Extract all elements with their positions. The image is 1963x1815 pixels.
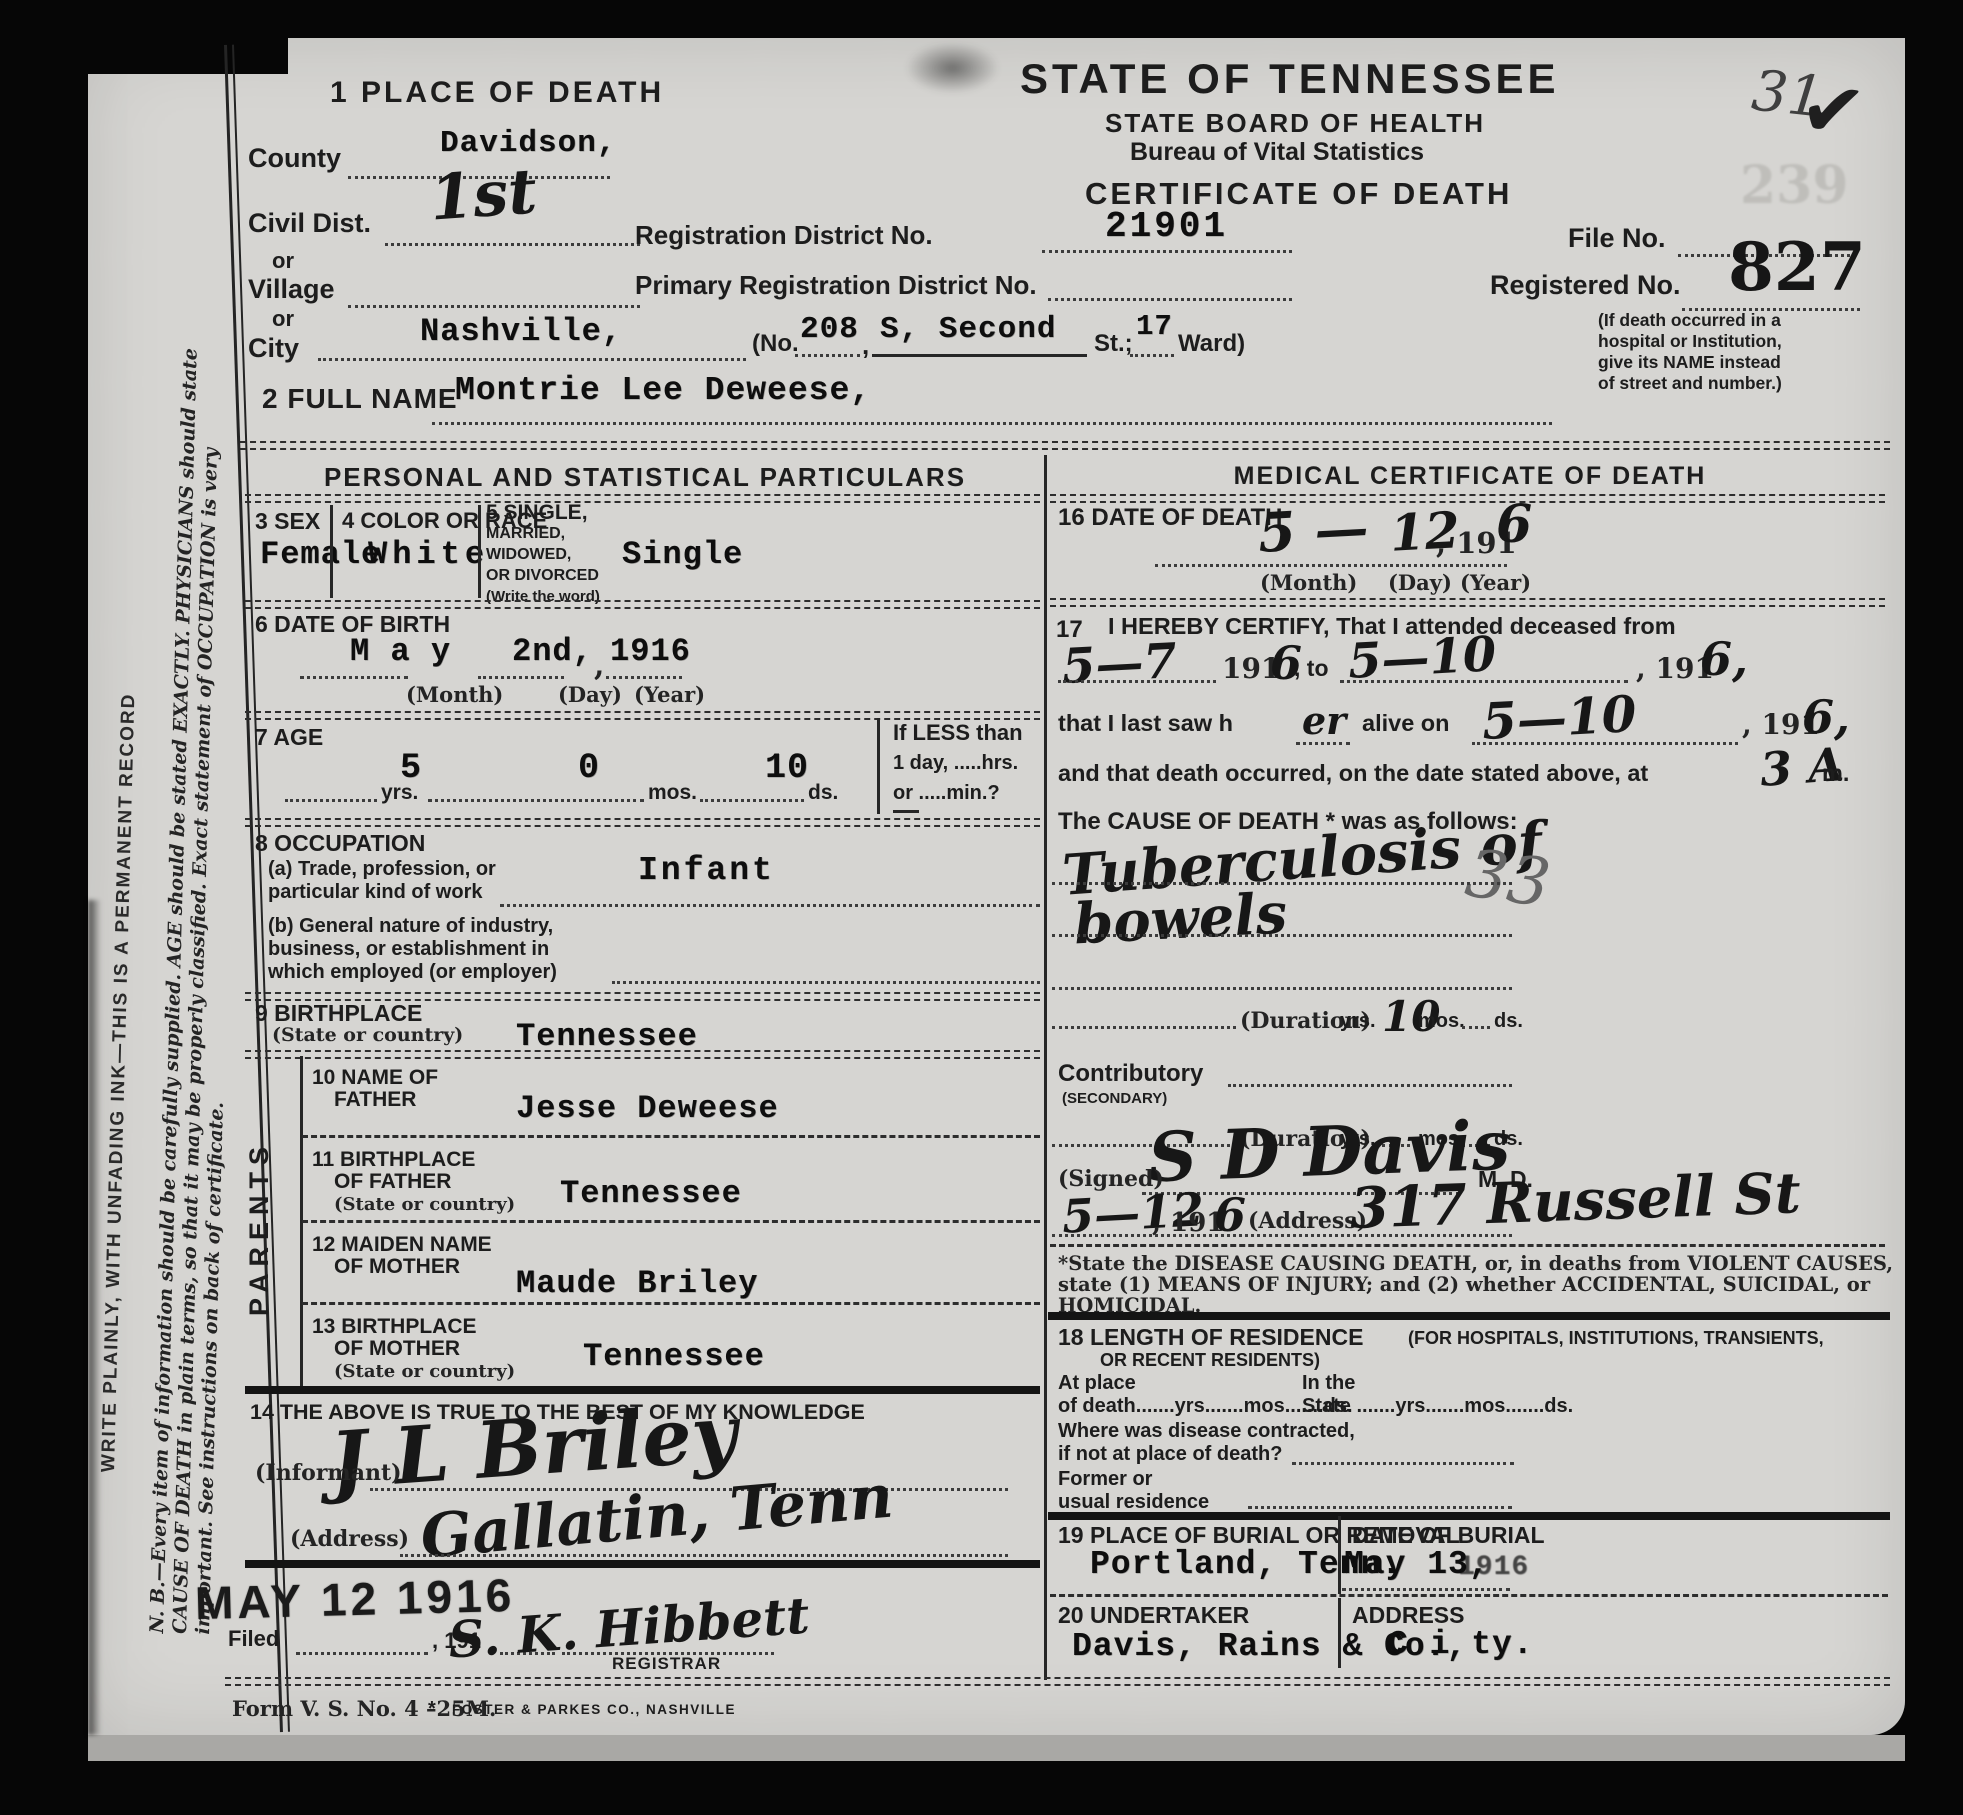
scan-edge-shadow bbox=[88, 900, 101, 1735]
undertaker-address-label: ADDRESS bbox=[1352, 1602, 1464, 1629]
dob-month-value: M a y bbox=[350, 633, 451, 670]
registrar-label: REGISTRAR bbox=[612, 1654, 721, 1674]
lessthan-line3: or .....min.? bbox=[893, 782, 1000, 805]
contracted-line-dots bbox=[1292, 1460, 1514, 1465]
former-line2: usual residence bbox=[1058, 1491, 1209, 1514]
civil-dist-label: Civil Dist. bbox=[248, 208, 371, 239]
last-saw-post: alive on bbox=[1362, 710, 1450, 737]
reg-district-label: Registration District No. bbox=[635, 220, 933, 251]
row10-rule bbox=[302, 1135, 1040, 1138]
father-name-label2: FATHER bbox=[334, 1088, 416, 1112]
row6-rule bbox=[245, 711, 1040, 720]
father-name-value: Jesse Deweese bbox=[516, 1090, 779, 1127]
contracted-line2: if not at place of death? bbox=[1058, 1443, 1282, 1466]
place-of-death-heading: 1 PLACE OF DEATH bbox=[330, 76, 664, 110]
row9-rule bbox=[245, 1050, 1040, 1059]
st-label: St.; bbox=[1094, 330, 1133, 358]
dob-comma: , bbox=[594, 648, 604, 683]
yrs-label: yrs. bbox=[381, 781, 418, 805]
paper-bottom-edge bbox=[88, 1735, 1905, 1761]
age-lessthan-divider bbox=[877, 718, 880, 814]
death-time-m: m. bbox=[1822, 760, 1849, 787]
header-separator bbox=[240, 441, 1890, 450]
dod-day-label: (Day) bbox=[1388, 570, 1452, 595]
occupation-value: Infant bbox=[638, 852, 775, 889]
civil-dist-line bbox=[385, 241, 640, 246]
mother-bp-sub: (State or country) bbox=[334, 1361, 515, 1382]
physician-address-label: (Address) bbox=[1248, 1208, 1367, 1234]
dod-month-label: (Month) bbox=[1260, 570, 1357, 595]
printer-credit: FOSTER & PARKES CO., NASHVILLE bbox=[452, 1702, 736, 1717]
mother-name-label2: OF MOTHER bbox=[334, 1255, 460, 1279]
occ-a-line1: (a) Trade, profession, or bbox=[268, 858, 496, 881]
burial-thick-rule bbox=[1048, 1512, 1890, 1520]
row11-rule bbox=[302, 1220, 1040, 1223]
bottom-rule bbox=[225, 1677, 1890, 1686]
lessthan-or-underline bbox=[893, 808, 919, 813]
age-mos-value: 0 bbox=[578, 748, 600, 788]
parents-label: PARENTS bbox=[244, 1060, 275, 1396]
mother-name-value: Maude Briley bbox=[516, 1265, 758, 1302]
mos-label: mos. bbox=[648, 781, 697, 805]
occ-a-line bbox=[500, 902, 1040, 907]
city-value: Nashville, bbox=[420, 313, 622, 350]
house-no-value: 208 bbox=[800, 312, 859, 347]
cause-line2-script: bowels bbox=[1072, 880, 1288, 957]
address-comma: , bbox=[862, 330, 869, 361]
marital-label-line1: 5 SINGLE, bbox=[486, 502, 616, 523]
dob-day-line bbox=[478, 674, 564, 679]
city-label: City bbox=[248, 333, 299, 364]
dod-year-label: (Year) bbox=[1460, 570, 1531, 595]
footnote-line2: state (1) MEANS OF INJURY; and (2) wheth… bbox=[1058, 1273, 1870, 1296]
full-name-label: 2 FULL NAME bbox=[262, 383, 458, 415]
in-the-label: In the bbox=[1302, 1372, 1355, 1395]
death-certificate-scan: WRITE PLAINLY, WITH UNFADING INK—THIS IS… bbox=[0, 0, 1963, 1815]
row7-rule bbox=[245, 818, 1040, 827]
printer-star: * bbox=[428, 1698, 436, 1721]
occ-b-line3: which employed (or employer) bbox=[268, 961, 557, 984]
residence-label3: OR RECENT RESIDENTS) bbox=[1100, 1350, 1320, 1371]
contributory-line bbox=[1228, 1082, 1512, 1087]
marital-label-line2: MARRIED, bbox=[486, 523, 616, 544]
duration-yrs-label: yrs. bbox=[1340, 1010, 1376, 1033]
birthplace-label: 9 BIRTHPLACE bbox=[255, 1000, 422, 1027]
color-value: White bbox=[368, 536, 489, 573]
last-saw-fill: er bbox=[1302, 698, 1346, 743]
at-place-label: At place bbox=[1058, 1372, 1136, 1395]
last-saw-pre: that I last saw h bbox=[1058, 710, 1233, 737]
row12-rule bbox=[302, 1302, 1040, 1305]
reg-district-value: 21901 bbox=[1105, 206, 1228, 247]
burial-date-line bbox=[1342, 1586, 1510, 1591]
burial-year-value: 1916 bbox=[1458, 1552, 1529, 1583]
footnote-line1: *State the DISEASE CAUSING DEATH, or, in… bbox=[1058, 1252, 1893, 1275]
file-no-label: File No. bbox=[1568, 223, 1666, 254]
attended-to-line bbox=[1340, 678, 1628, 683]
medical-title-rule bbox=[1050, 494, 1885, 503]
or-label-1: or bbox=[272, 248, 294, 274]
bureau-heading: Bureau of Vital Statistics bbox=[1130, 138, 1424, 167]
full-name-line bbox=[432, 420, 1552, 425]
or-label-2: or bbox=[272, 306, 294, 332]
hospital-note-line2: hospital or Institution, bbox=[1598, 331, 1888, 352]
undertaker-address-value: C i ty. bbox=[1388, 1626, 1534, 1663]
former-line1: Former or bbox=[1058, 1468, 1152, 1491]
residence-label: 18 LENGTH OF RESIDENCE bbox=[1058, 1324, 1363, 1351]
secondary-label: (SECONDARY) bbox=[1062, 1090, 1167, 1107]
scan-corner-notch bbox=[88, 38, 288, 74]
former-line-dots bbox=[1248, 1504, 1512, 1509]
registered-no-label: Registered No. bbox=[1490, 270, 1681, 301]
father-bp-sub: (State or country) bbox=[334, 1194, 515, 1215]
dod-month-script: 5 — bbox=[1256, 495, 1370, 565]
occ-b-line2: business, or establishment in bbox=[268, 938, 549, 961]
informant-address-label: (Address) bbox=[290, 1526, 409, 1552]
dob-day-value: 2nd, bbox=[512, 633, 593, 670]
ward-label: Ward) bbox=[1178, 330, 1245, 358]
dob-year-line bbox=[606, 674, 682, 679]
marital-label-block: 5 SINGLE, MARRIED, WIDOWED, OR DIVORCED … bbox=[486, 502, 616, 607]
occupation-label: 8 OCCUPATION bbox=[255, 830, 425, 857]
dob-year-value: 1916 bbox=[610, 633, 691, 670]
street-value: S, Second bbox=[880, 312, 1056, 347]
city-line bbox=[318, 356, 746, 361]
father-bp-value: Tennessee bbox=[560, 1175, 742, 1212]
month-label: (Month) bbox=[406, 682, 503, 707]
attended-to-year: 6, bbox=[1700, 632, 1748, 686]
row14-thick-rule bbox=[245, 1560, 1040, 1568]
duration-lead-line bbox=[1052, 1024, 1236, 1029]
county-label: County bbox=[248, 143, 341, 174]
last-saw-line bbox=[1472, 740, 1738, 745]
year-label: (Year) bbox=[634, 682, 705, 707]
primary-reg-line bbox=[1048, 296, 1292, 301]
attended-from-script: 5—7 bbox=[1061, 633, 1179, 695]
occ-b-line1: (b) General nature of industry, bbox=[268, 915, 553, 938]
contracted-line1: Where was disease contracted, bbox=[1058, 1420, 1355, 1443]
house-no-line bbox=[795, 352, 860, 357]
death-occurred-line: and that death occurred, on the date sta… bbox=[1058, 760, 1648, 787]
last-saw-fill-line bbox=[1296, 740, 1350, 745]
informant-address-line bbox=[400, 1552, 1008, 1557]
attended-from-line bbox=[1058, 678, 1216, 683]
column-divider bbox=[1044, 455, 1047, 1680]
cause-line2-rule bbox=[1052, 932, 1512, 937]
age-label: 7 AGE bbox=[255, 724, 323, 751]
mother-bp-label2: OF MOTHER bbox=[334, 1337, 460, 1361]
pencil-cause-code: 33 bbox=[1461, 835, 1555, 923]
mother-bp-label1: 13 BIRTHPLACE bbox=[312, 1315, 477, 1339]
age-yrs-line bbox=[285, 797, 377, 802]
burial-date-label: DATE OF BURIAL bbox=[1352, 1522, 1545, 1549]
sex-label: 3 SEX bbox=[255, 508, 320, 535]
contributory-label: Contributory bbox=[1058, 1060, 1203, 1088]
faint-stamp-239: 239 bbox=[1740, 155, 1849, 216]
row5-rule bbox=[245, 600, 1040, 609]
civil-dist-value: 1st bbox=[428, 154, 540, 234]
address-line bbox=[1052, 1232, 1512, 1237]
personal-title-rule bbox=[245, 494, 1040, 503]
street-line bbox=[872, 352, 1087, 357]
village-line bbox=[348, 303, 640, 308]
filed-line bbox=[296, 1650, 428, 1655]
father-name-label1: 10 NAME OF bbox=[312, 1066, 438, 1090]
row13-thick-rule bbox=[245, 1386, 1040, 1394]
age-ds-value: 10 bbox=[765, 748, 809, 788]
full-name-value: Montrie Lee Deweese, bbox=[455, 372, 871, 409]
undertaker-label: 20 UNDERTAKER bbox=[1058, 1602, 1249, 1629]
mother-bp-value: Tennessee bbox=[583, 1338, 765, 1375]
pencil-checkmark: ✔ bbox=[1795, 63, 1869, 159]
lessthan-line2: 1 day, .....hrs. bbox=[893, 752, 1018, 775]
mother-name-label1: 12 MAIDEN NAME bbox=[312, 1233, 492, 1257]
ward-line bbox=[1130, 352, 1174, 357]
sex-value: Female bbox=[260, 536, 381, 573]
father-bp-label1: 11 BIRTHPLACE bbox=[312, 1148, 475, 1172]
board-heading: STATE BOARD OF HEALTH bbox=[1105, 108, 1485, 139]
color-marital-divider bbox=[478, 505, 481, 598]
marital-label-line4: OR DIVORCED bbox=[486, 565, 616, 586]
cause-line3-rule bbox=[1052, 985, 1512, 990]
footnote-rule bbox=[1050, 1244, 1885, 1247]
hospital-note-line4: of street and number.) bbox=[1598, 373, 1888, 394]
marital-value: Single bbox=[622, 536, 743, 573]
dod-year-script: 6 bbox=[1496, 494, 1532, 555]
hospital-note-line1: (If death occurred in a bbox=[1598, 310, 1888, 331]
hospital-note: (If death occurred in a hospital or Inst… bbox=[1598, 310, 1888, 394]
birthplace-sub-label: (State or country) bbox=[272, 1024, 463, 1046]
medical-section-title: MEDICAL CERTIFICATE OF DEATH bbox=[1050, 462, 1890, 491]
residence-label2: (FOR HOSPITALS, INSTITUTIONS, TRANSIENTS… bbox=[1408, 1328, 1824, 1349]
residence-thick-rule bbox=[1048, 1312, 1890, 1320]
reg-district-line bbox=[1042, 248, 1292, 253]
to-label: , to bbox=[1294, 655, 1329, 682]
last-saw-year: 6, bbox=[1802, 690, 1850, 744]
registered-no-value: 827 bbox=[1728, 228, 1866, 306]
ward-value: 17 bbox=[1136, 310, 1173, 343]
dob-month-line bbox=[300, 674, 408, 679]
father-bp-label2: OF FATHER bbox=[334, 1170, 451, 1194]
filed-label: Filed bbox=[228, 1626, 279, 1652]
hospital-note-line3: give its NAME instead bbox=[1598, 352, 1888, 373]
undertaker-rule bbox=[1050, 1594, 1888, 1597]
informant-label: (Informant) bbox=[255, 1460, 402, 1486]
occ-a-line2: particular kind of work bbox=[268, 881, 482, 904]
state-heading: STATE OF TENNESSEE bbox=[1020, 55, 1560, 103]
row16-rule bbox=[1050, 598, 1885, 607]
ink-smudge bbox=[905, 42, 1000, 94]
village-label: Village bbox=[248, 274, 335, 305]
duration-ds-label: ds. bbox=[1494, 1010, 1523, 1033]
occ-b-line bbox=[612, 979, 1040, 984]
ds-label: ds. bbox=[808, 781, 838, 805]
lessthan-line1: If LESS than bbox=[893, 720, 1023, 746]
state-line: State .......yrs.......mos.......ds. bbox=[1302, 1395, 1573, 1418]
day-label: (Day) bbox=[558, 682, 622, 707]
duration-mos-label: mos. bbox=[1418, 1010, 1465, 1033]
age-mos-line bbox=[428, 797, 644, 802]
address-no-label: (No. bbox=[752, 330, 799, 358]
date-of-death-label: 16 DATE OF DEATH bbox=[1058, 504, 1282, 532]
duration-mid-line bbox=[1462, 1024, 1490, 1029]
age-ds-line bbox=[700, 797, 804, 802]
sex-color-divider bbox=[330, 505, 333, 598]
dod-line bbox=[1155, 562, 1507, 567]
marital-label-line3: WIDOWED, bbox=[486, 544, 616, 565]
primary-reg-label: Primary Registration District No. bbox=[635, 270, 1037, 301]
personal-section-title: PERSONAL AND STATISTICAL PARTICULARS bbox=[250, 462, 1040, 493]
